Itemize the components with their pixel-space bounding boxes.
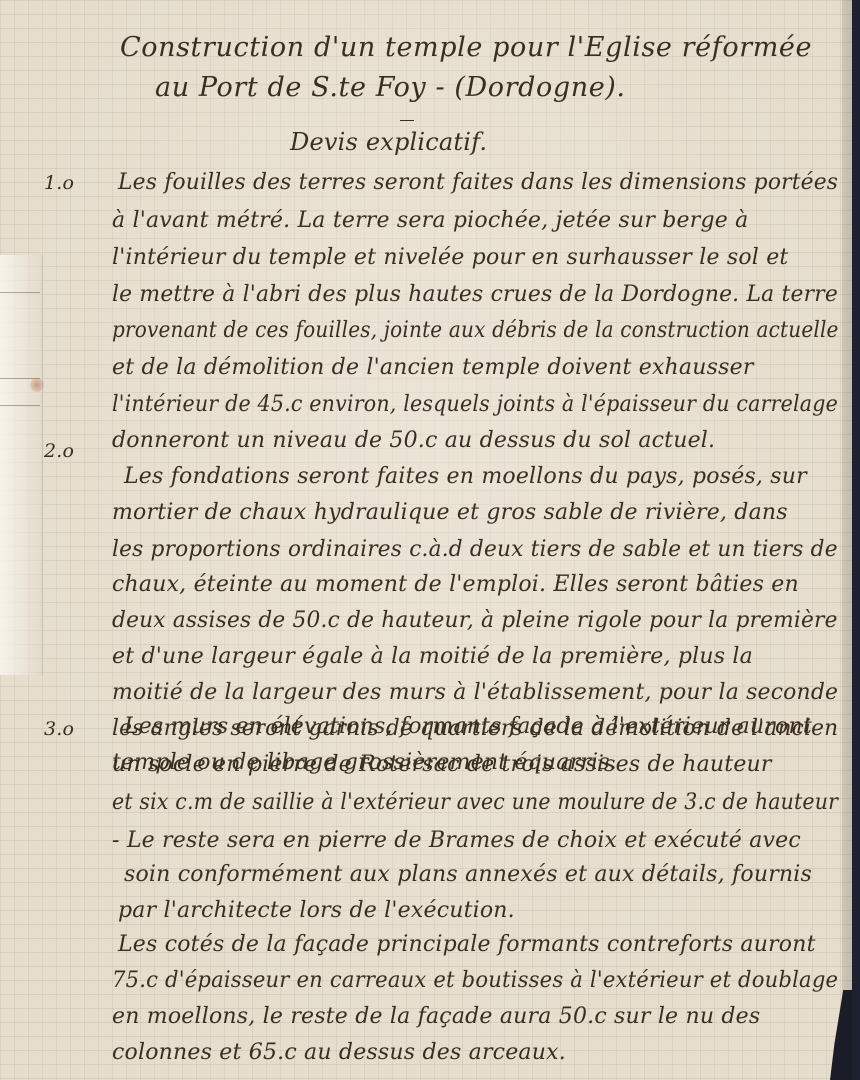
- section-2-line: moitié de la largeur des murs à l'établi…: [112, 680, 838, 705]
- fold-crease: [0, 292, 40, 293]
- page-edge-shadow: [842, 0, 852, 1080]
- section-number-3: 3.o: [44, 718, 74, 740]
- torn-corner: [830, 990, 852, 1080]
- section-3-line: Les murs en élévations, formants façade …: [124, 714, 812, 739]
- document-title-line-1: Construction d'un temple pour l'Eglise r…: [120, 32, 812, 63]
- section-3-line: et six c.m de saillie à l'extérieur avec…: [112, 790, 838, 815]
- section-3-line: soin conformément aux plans annexés et a…: [124, 862, 812, 887]
- section-1-line: l'intérieur du temple et nivelée pour en…: [112, 245, 788, 270]
- section-1-line: donneront un niveau de 50.c au dessus du…: [112, 428, 715, 453]
- section-1-line: le mettre à l'abri des plus hautes crues…: [112, 282, 838, 307]
- fold-crease: [0, 405, 40, 406]
- section-2-line: deux assises de 50.c de hauteur, à plein…: [112, 608, 838, 633]
- section-3-line: en moellons, le reste de la façade aura …: [112, 1004, 760, 1029]
- section-3-line: par l'architecte lors de l'exécution.: [118, 898, 515, 923]
- section-3-line: 75.c d'épaisseur en carreaux et boutisse…: [112, 968, 838, 993]
- folded-paper-tab: [0, 255, 43, 675]
- section-number-2: 2.o: [44, 440, 74, 462]
- section-2-line: mortier de chaux hydraulique et gros sab…: [112, 500, 788, 525]
- section-1-line: à l'avant métré. La terre sera piochée, …: [112, 208, 748, 233]
- section-1-line: et de la démolition de l'ancien temple d…: [112, 355, 754, 380]
- section-1-line: l'intérieur de 45.c environ, lesquels jo…: [112, 392, 838, 417]
- section-3-line: colonnes et 65.c au dessus des arceaux.: [112, 1040, 566, 1065]
- document-subtitle: Devis explicatif.: [290, 128, 487, 156]
- section-2-line: chaux, éteinte au moment de l'emploi. El…: [112, 572, 799, 597]
- section-number-1: 1.o: [44, 172, 74, 194]
- section-2-line: et d'une largeur égale à la moitié de la…: [112, 644, 753, 669]
- section-3-line: Les cotés de la façade principale forman…: [118, 932, 816, 957]
- section-1-line: provenant de ces fouilles, jointe aux dé…: [112, 318, 839, 343]
- rust-stain: [30, 378, 44, 392]
- document-title-line-2: au Port de S.te Foy - (Dordogne).: [155, 72, 626, 103]
- section-2-line: Les fondations seront faites en moellons…: [124, 464, 807, 489]
- section-3-line: - Le reste sera en pierre de Brames de c…: [112, 828, 801, 853]
- manuscript-page: Construction d'un temple pour l'Eglise r…: [0, 0, 852, 1080]
- section-3-line: un socle en pierre de Rotersac de trois …: [112, 752, 772, 777]
- section-2-line: les proportions ordinaires c.à.d deux ti…: [112, 537, 838, 562]
- title-separator: [400, 120, 414, 121]
- section-1-line: Les fouilles des terres seront faites da…: [118, 170, 838, 195]
